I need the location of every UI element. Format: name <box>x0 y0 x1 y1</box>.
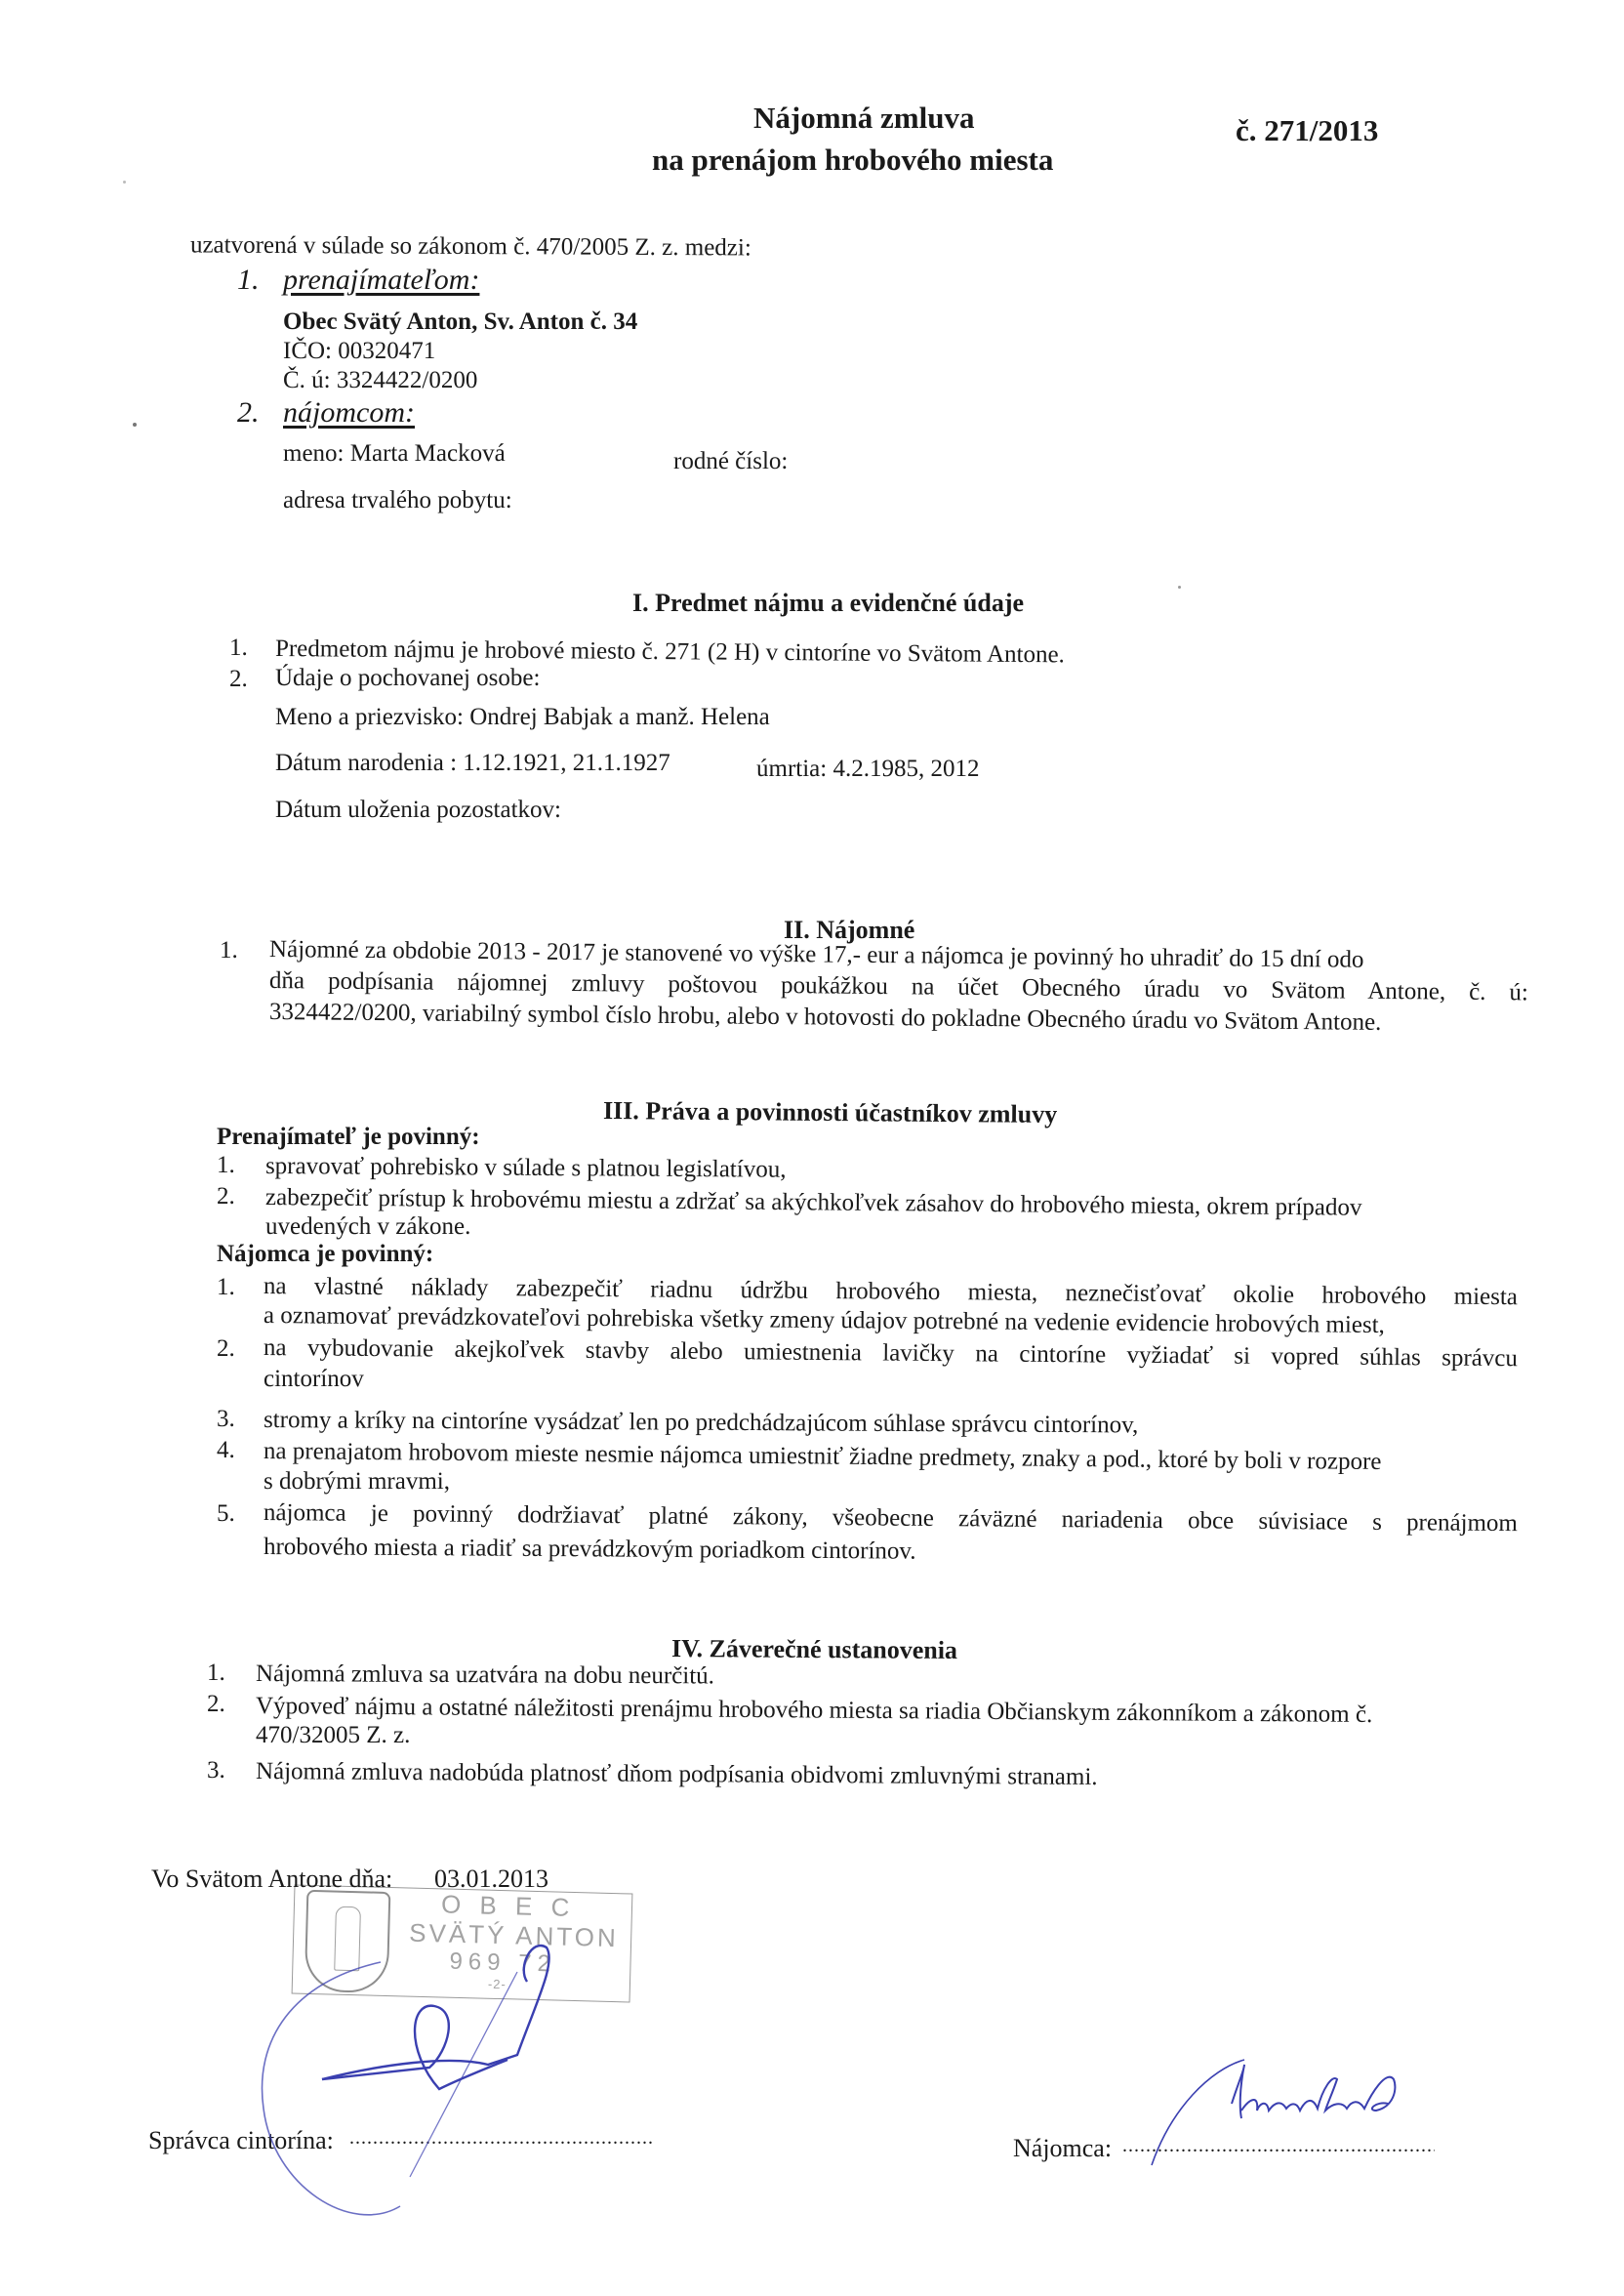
party-2-role: nájomcom: <box>283 398 415 428</box>
final-2-line-1: Výpoveď nájmu a ostatné náležitosti pren… <box>256 1694 1372 1727</box>
contract-number: č. 271/2013 <box>1236 115 1378 145</box>
section-2-item-1-line-1: Nájomné za obdobie 2013 - 2017 je stanov… <box>269 937 1528 973</box>
tenant-duty-4-line-2: s dobrými mravmi, <box>264 1469 450 1494</box>
landlord-duties-heading: Prenajímateľ je povinný: <box>217 1125 480 1149</box>
landlord-name: Obec Svätý Anton, Sv. Anton č. 34 <box>283 309 637 334</box>
final-1-number: 1. <box>207 1660 225 1687</box>
tenant-name: meno: Marta Macková <box>283 441 506 466</box>
tenant-duty-2-number: 2. <box>217 1335 235 1363</box>
section-1-item-1-number: 1. <box>229 635 248 662</box>
contract-title: Nájomná zmluva <box>753 102 974 133</box>
section-2-item-1-number: 1. <box>220 937 238 964</box>
remains-date-label: Dátum uloženia pozostatkov: <box>275 798 561 822</box>
tenant-birth-number-label: rodné číslo: <box>673 449 788 473</box>
tenant-address-label: adresa trvalého pobytu: <box>283 488 512 512</box>
deceased-name: Meno a priezvisko: Ondrej Babjak a manž.… <box>275 705 770 729</box>
tenant-duty-5-line-2: hrobového miesta a riadiť sa prevádzkový… <box>264 1535 916 1564</box>
party-1-number: 1. <box>237 266 260 295</box>
section-2-item-1-line-3: 3324422/0200, variabilný symbol číslo hr… <box>269 1000 1528 1036</box>
tenant-duties-heading: Nájomca je povinný: <box>217 1242 433 1266</box>
final-2-number: 2. <box>207 1691 225 1718</box>
tenant-label: Nájomca: <box>1013 2136 1112 2161</box>
tenant-duty-3-number: 3. <box>217 1406 235 1433</box>
final-3: Nájomná zmluva nadobúda platnosť dňom po… <box>256 1759 1098 1789</box>
tenant-duty-1-number: 1. <box>217 1274 235 1301</box>
tenant-duty-4-line-1: na prenajatom hrobovom mieste nesmie náj… <box>264 1439 1518 1475</box>
place-date-label: Vo Svätom Antone dňa: <box>151 1866 392 1892</box>
final-1: Nájomná zmluva sa uzatvára na dobu neurč… <box>256 1661 714 1688</box>
section-2-heading: II. Nájomné <box>784 918 914 943</box>
tenant-duty-3: stromy a kríky na cintoríne vysádzať len… <box>264 1408 1138 1437</box>
tenant-duty-5-number: 5. <box>217 1500 235 1528</box>
final-3-number: 3. <box>207 1757 225 1784</box>
tenant-signature <box>1132 2050 1464 2187</box>
section-1-item-2: Údaje o pochovanej osobe: <box>275 666 540 690</box>
landlord-duty-1: spravovať pohrebisko v súlade s platnou … <box>265 1154 787 1182</box>
section-3-heading: III. Práva a povinnosti účastníkov zmluv… <box>603 1098 1057 1127</box>
landlord-duty-1-number: 1. <box>217 1152 235 1179</box>
section-1-item-1: Predmetom nájmu je hrobové miesto č. 271… <box>275 636 1065 667</box>
section-4-heading: IV. Záverečné ustanovenia <box>671 1636 957 1663</box>
stamp-line-1: O B E C <box>441 1889 576 1923</box>
landlord-ico: IČO: 00320471 <box>283 339 435 363</box>
scan-speck <box>1178 586 1181 589</box>
intro-text: uzatvorená v súlade so zákonom č. 470/20… <box>190 232 751 260</box>
party-1-role: prenajímateľom: <box>283 266 479 295</box>
tenant-duty-5-line-1: nájomca je povinný dodržiavať platné zák… <box>264 1500 1518 1536</box>
landlord-duty-2-number: 2. <box>217 1183 235 1210</box>
birth-dates: Dátum narodenia : 1.12.1921, 21.1.1927 <box>275 751 670 775</box>
scan-speck <box>123 181 126 184</box>
contract-subtitle: na prenájom hrobového miesta <box>652 144 1053 175</box>
contract-date: 03.01.2013 <box>434 1866 548 1892</box>
death-dates: úmrtia: 4.2.1985, 2012 <box>756 757 979 781</box>
section-1-item-2-number: 2. <box>229 666 248 693</box>
section-2-item-1-line-2: dňa podpísania nájomnej zmluvy poštovou … <box>269 968 1528 1004</box>
tenant-duty-4-number: 4. <box>217 1437 235 1464</box>
landlord-account: Č. ú: 3324422/0200 <box>283 368 477 392</box>
section-1-heading: I. Predmet nájmu a evidenčné údaje <box>632 591 1024 616</box>
scan-speck <box>133 423 137 427</box>
final-2-line-2: 470/32005 Z. z. <box>256 1723 410 1747</box>
administrator-signature <box>234 1943 644 2235</box>
tenant-duty-2-line-1: na vybudovanie akejkoľvek stavby alebo u… <box>264 1335 1518 1371</box>
landlord-duty-2-line-2: uvedených v zákone. <box>265 1214 470 1239</box>
tenant-duty-2-line-2: cintorínov <box>264 1367 364 1391</box>
party-2-number: 2. <box>237 398 260 428</box>
